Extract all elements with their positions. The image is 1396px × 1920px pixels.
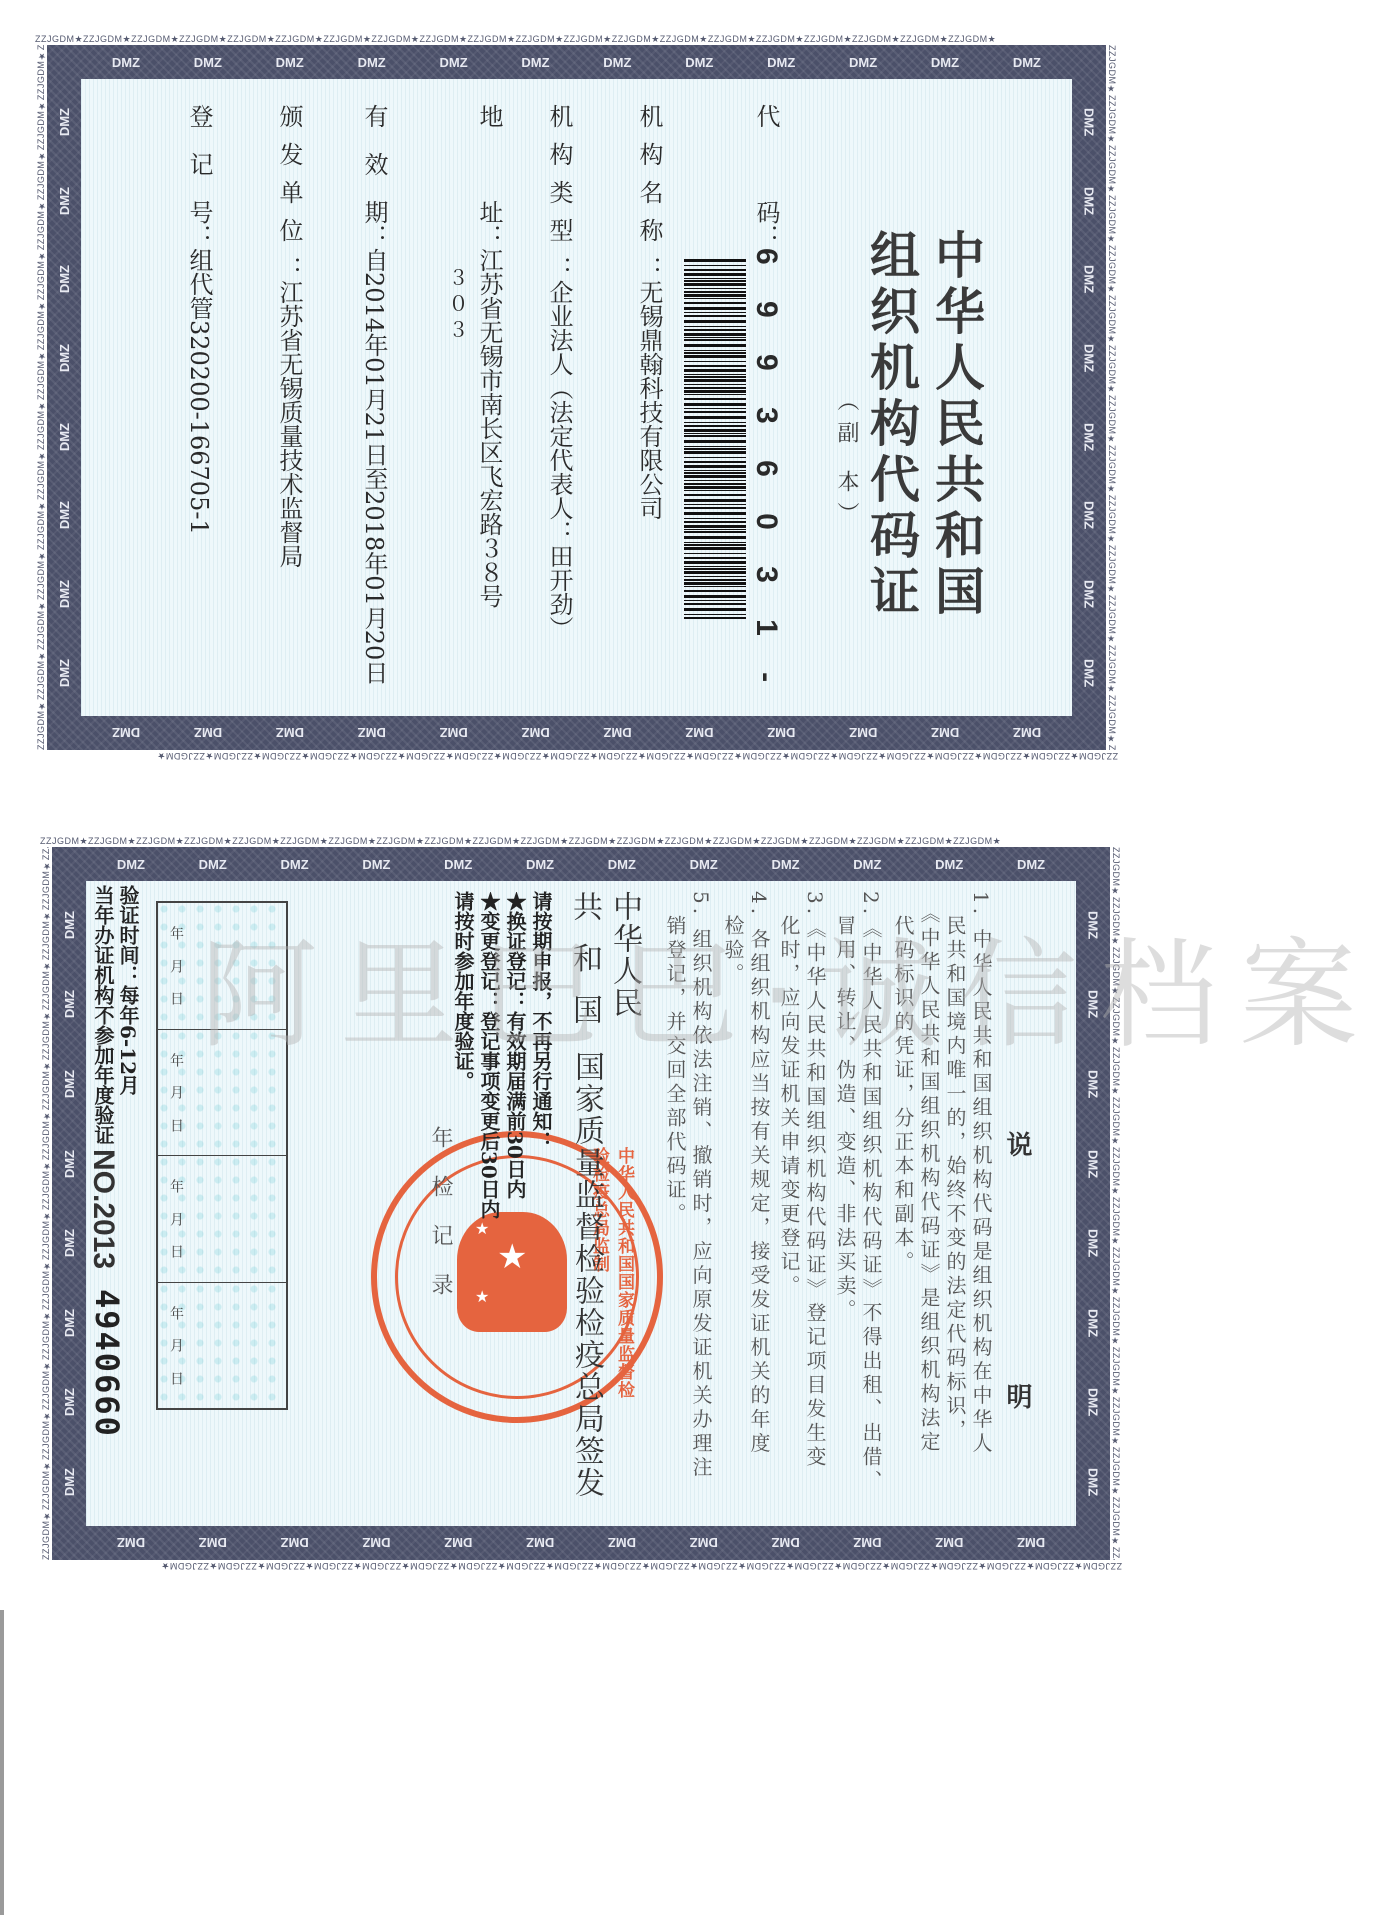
- address-value-line2: ３０３: [443, 267, 472, 345]
- border-labels: DMZDMZDMZDMZDMZDMZDMZDMZDMZDMZDMZDMZ: [85, 716, 1068, 750]
- inspection-date-placeholder: 年月日: [166, 1030, 186, 1156]
- security-microprint: ZZJGDM★ZZJGDM★ZZJGDM★ZZJGDM★ZZJGDM★ZZJGD…: [35, 750, 1118, 762]
- organization-code: 6 9 9 3 6 0 3 1 - 6: [750, 248, 783, 716]
- border-labels: DMZDMZDMZDMZDMZDMZDMZDMZ: [47, 83, 81, 712]
- border-labels: DMZDMZDMZDMZDMZDMZDMZDMZDMZDMZDMZDMZ: [90, 1526, 1072, 1560]
- certificate-card: ZZJGDM★ZZJGDM★ZZJGDM★ZZJGDM★ZZJGDM★ZZJGD…: [35, 33, 1118, 762]
- inspection-date-placeholder: 年月日: [166, 1156, 186, 1282]
- star-icon: ★: [475, 1219, 489, 1238]
- security-microprint: ZZJGDM★ZZJGDM★ZZJGDM★ZZJGDM★ZZJGDM★ZZJGD…: [40, 1560, 1122, 1572]
- star-icon: ★: [497, 1237, 527, 1277]
- security-microprint: ZZJGDM★ZZJGDM★ZZJGDM★ZZJGDM★ZZJGDM★ZZJGD…: [40, 847, 52, 1560]
- certificate-title-line1: 中华人民共和国: [920, 229, 992, 621]
- inspection-date-placeholder: 年月日: [166, 903, 186, 1029]
- issuer-row: 颁发单位：江苏省无锡质量技术监督局: [272, 104, 307, 568]
- registration-value: 组代管320200-166705-1: [185, 248, 213, 535]
- validity-label: 有 效 期: [360, 104, 388, 224]
- serial-number: 4940660: [88, 1289, 126, 1438]
- security-microprint: ZZJGDM★ZZJGDM★ZZJGDM★ZZJGDM★ZZJGDM★ZZJGD…: [40, 835, 1122, 847]
- organization-name-label: 机构名称: [635, 104, 663, 256]
- security-microprint: ZZJGDM★ZZJGDM★ZZJGDM★ZZJGDM★ZZJGDM★ZZJGD…: [35, 45, 47, 750]
- organization-type-value: 企业法人（法定代表人：田开劲）: [545, 280, 573, 640]
- inspection-record-cell: 年月日: [158, 1156, 286, 1283]
- border-labels: DMZDMZDMZDMZDMZDMZDMZDMZ: [1072, 83, 1106, 712]
- certificate-subtitle: （副 本）: [831, 389, 862, 534]
- border-labels: DMZDMZDMZDMZDMZDMZDMZDMZDMZDMZDMZDMZ: [90, 847, 1072, 881]
- star-icon: ★: [475, 1287, 489, 1306]
- address-value: 江苏省无锡市南长区飞宏路３８号: [475, 248, 503, 608]
- inspection-date-placeholder: 年月日: [166, 1283, 186, 1409]
- certificate-body: 中华人民共和国 组织机构代码证 （副 本） 代 码：6 9 9 3 6 0 3 …: [81, 79, 1072, 716]
- barcode: [684, 259, 746, 699]
- address-row: 地 址：江苏省无锡市南长区飞宏路３８号: [472, 104, 507, 608]
- organization-name-row: 机构名称：无锡鼎翰科技有限公司: [632, 104, 667, 520]
- serial-prefix: NO.2013: [87, 1149, 120, 1269]
- inspection-record-cell: 年月日: [158, 1283, 286, 1409]
- issuer-value: 江苏省无锡质量技术监督局: [275, 280, 303, 568]
- registration-label: 登 记 号: [185, 104, 213, 224]
- organization-name-value: 无锡鼎翰科技有限公司: [635, 280, 663, 520]
- certificate-title-line2: 组织机构代码证: [855, 229, 927, 621]
- skip-inspection-note: 当年办证机构不参加年度验证NO.2013: [86, 885, 120, 1269]
- scan-edge: [0, 1610, 4, 1915]
- organization-type-row: 机构类型：企业法人（法定代表人：田开劲）: [542, 104, 577, 640]
- security-microprint: ZZJGDM★ZZJGDM★ZZJGDM★ZZJGDM★ZZJGDM★ZZJGD…: [35, 33, 1118, 45]
- registration-row: 登 记 号：组代管320200-166705-1: [182, 104, 217, 535]
- security-microprint: ZZJGDM★ZZJGDM★ZZJGDM★ZZJGDM★ZZJGDM★ZZJGD…: [1106, 45, 1118, 750]
- code-label: 代 码：6 9 9 3 6 0 3 1 - 6: [749, 104, 784, 716]
- validity-value: 自2014年01月21日至2018年01月20日: [360, 248, 388, 684]
- issuing-agency: 国家质量监督检验检疫总局签发: [564, 1051, 608, 1499]
- validity-row: 有 效 期：自2014年01月21日至2018年01月20日: [357, 104, 392, 684]
- border-labels: DMZDMZDMZDMZDMZDMZDMZDMZDMZDMZDMZDMZ: [85, 45, 1068, 79]
- border-labels: DMZDMZDMZDMZDMZDMZDMZDMZ: [52, 885, 86, 1522]
- organization-type-label: 机构类型: [545, 104, 573, 256]
- issuer-label: 颁发单位: [275, 104, 303, 256]
- watermark: 阿里巴巴·诚信档案: [200, 900, 1380, 1070]
- notes-heading: 说 明: [999, 1131, 1036, 1425]
- address-label: 地 址: [475, 104, 503, 224]
- annual-inspection-heading: 年 检 记 录: [425, 1126, 456, 1305]
